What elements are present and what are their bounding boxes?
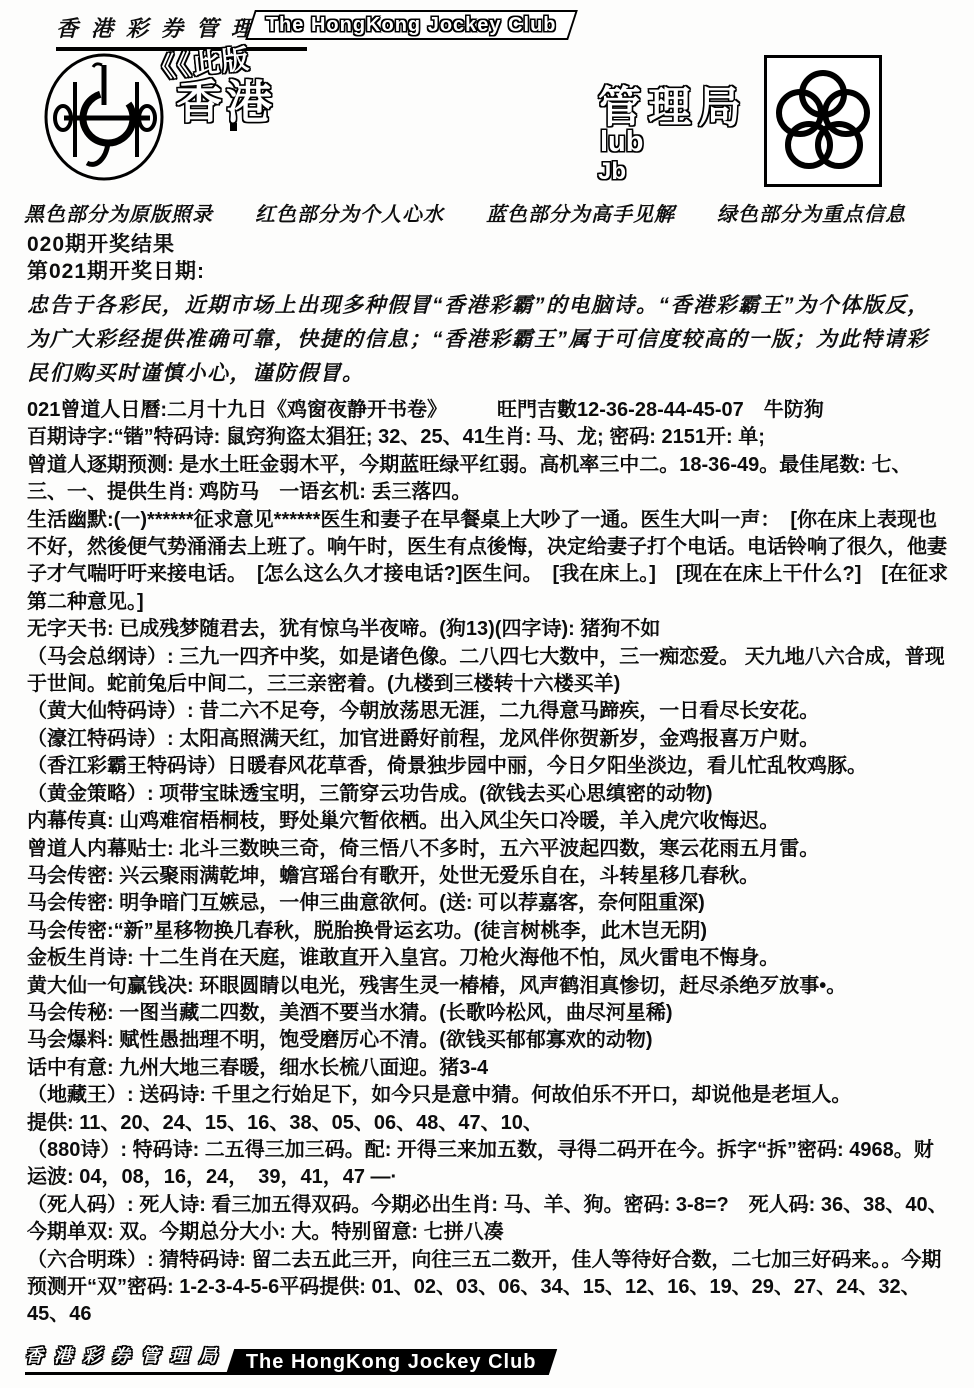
- body-line: （马会总纲诗）: 三九一四齐中奖，如是诸色像。二八四七大数中，三一痴恋爱。 天九…: [27, 644, 949, 699]
- body-line: （香江彩霸王特码诗）日暖春风花草香，倚景独步园中丽，今日夕阳坐淡边，看儿忙乱牧鸡…: [27, 753, 949, 780]
- body-line: 话中有意: 九州大地三春暖，细水长梳八面迎。猪3-4: [27, 1055, 949, 1082]
- body-line: 提供: 11、20、24、15、16、38、05、06、48、47、10、: [27, 1110, 949, 1137]
- body-line: 内幕传真: 山鸡难宿梧桐枝，野处巢穴暂依栖。出入风尘矢口冷暖，羊入虎穴收悔迟。: [27, 808, 949, 835]
- body-line: （黄金策略）: 项带宝昧透宝明，三箭穿云功告成。(欲钱去买心思缜密的动物): [27, 781, 949, 808]
- body-line: 马会传密: 兴云聚雨满乾坤，蟾宫瑶台有歌开，处世无爱乐自在，斗转星移几春秋。: [27, 863, 949, 890]
- document-content: 020期开奖结果 第021期开奖日期: 忠告于各彩民，近期市场上出现多种假冒“香…: [27, 231, 949, 1329]
- body-line: （六合明珠）: 猜特码诗: 留二去五此三开，向往三五二数开，佳人等待好合数，二七…: [27, 1247, 949, 1329]
- body-line: （黄大仙特码诗）: 昔二六不足夸，今朝放荡思无涯，二九得意马蹄疾，一日看尽长安花…: [27, 698, 949, 725]
- body-line: （濠江特码诗）: 太阳高照满天红，加官进爵好前程，龙风伴你贺新岁，金鸡报喜万户财…: [27, 726, 949, 753]
- draw-result-line: 020期开奖结果: [27, 231, 949, 258]
- club-text-fragment-1: lub: [600, 126, 644, 159]
- body-line: 马会传秘: 一图当藏二四数，美酒不要当水猜。(长歌吟松风，曲尽河星稀): [27, 1000, 949, 1027]
- body-line: （地藏王）: 送码诗: 千里之行始足下，如今只是意中猜。何故伯乐不开口，却说他是…: [27, 1082, 949, 1109]
- body-line: 马会爆料: 赋性愚拙理不明，饱受磨厉心不清。(欲钱买郁郁寡欢的动物): [27, 1027, 949, 1054]
- body-line: 金板生肖诗: 十二生肖在天庭，谁敢直开入皇宫。刀枪火海他不怕，凤火雷电不悔身。: [27, 945, 949, 972]
- seal-caption: 香港: [176, 66, 276, 132]
- body-line: 百期诗字:“锴”特码诗: 鼠窍狗盗太猖狂; 32、25、41生肖: 马、龙; 密…: [27, 424, 949, 451]
- body-line: 无字天书: 已成残梦随君去，犹有惊乌半夜啼。(狗13)(四字诗): 猪狗不如: [27, 616, 949, 643]
- body-line: 马会传密:“新”星移物换几春秋，脱胎换骨运玄功。(徒言树桃李，此木岂无阴): [27, 918, 949, 945]
- body-line: 曾道人逐期预测: 是水土旺金弱木平，今期蓝旺绿平红弱。高机率三中二。18-36-…: [27, 452, 949, 507]
- footer-chinese-title: 香港彩券管理局: [25, 1342, 232, 1375]
- five-rings-logo-icon: [764, 55, 882, 187]
- club-text-fragment-2: Jb: [598, 158, 626, 186]
- masthead-english-title: The HongKong Jockey Club: [266, 14, 557, 37]
- body-line: 021曾道人日曆:二月十九日《鸡窗夜静开书卷》 旺門吉數12-36-28-44-…: [27, 397, 949, 424]
- masthead-banner: The HongKong Jockey Club: [245, 10, 577, 40]
- body-line: 曾道人内幕贴士: 北斗三数映三奇，倚三悟八不多时，五六平波起四数，寒云花雨五月雷…: [27, 836, 949, 863]
- next-draw-date-line: 第021期开奖日期:: [27, 258, 949, 285]
- footer: 香港彩券管理局 The HongKong Jockey Club: [25, 1342, 553, 1375]
- body-line: 黄大仙一句赢钱决: 环眼圆睛以电光，残害生灵一椿椿，风声鹤泪真惨切，赶尽杀绝歹放…: [27, 973, 949, 1000]
- seal-dot-mark: [230, 123, 237, 131]
- document-page: 香港彩券管理局 The HongKong Jockey Club 《《此版 香港…: [0, 0, 974, 1388]
- color-legend: 黑色部分为原版照录 红色部分为个人心水 蓝色部分为高手见解 绿色部分为重点信息: [24, 198, 954, 227]
- body-line: （880诗）: 特码诗: 二五得三加三码。配: 开得三来加五数，寻得二码开在今。…: [27, 1137, 949, 1192]
- body-line: （死人码）: 死人诗: 看三加五得双码。今期必出生肖: 马、羊、狗。密码: 3-…: [27, 1192, 949, 1247]
- footer-banner: The HongKong Jockey Club: [226, 1349, 557, 1375]
- footer-english-title: The HongKong Jockey Club: [246, 1351, 537, 1374]
- body-line: 马会传密: 明争暗门互嫉忌，一伸三曲意欲何。(送: 可以荐嘉客，奈何阻重深): [27, 890, 949, 917]
- anti-counterfeit-notice: 忠告于各彩民，近期市场上出现多种假冒“香港彩霸”的电脑诗。“香港彩霸王”为个体版…: [27, 289, 949, 391]
- body-line: 生活幽默:(一)******征求意见******医生和妻子在早餐桌上大吵了一通。…: [27, 507, 949, 617]
